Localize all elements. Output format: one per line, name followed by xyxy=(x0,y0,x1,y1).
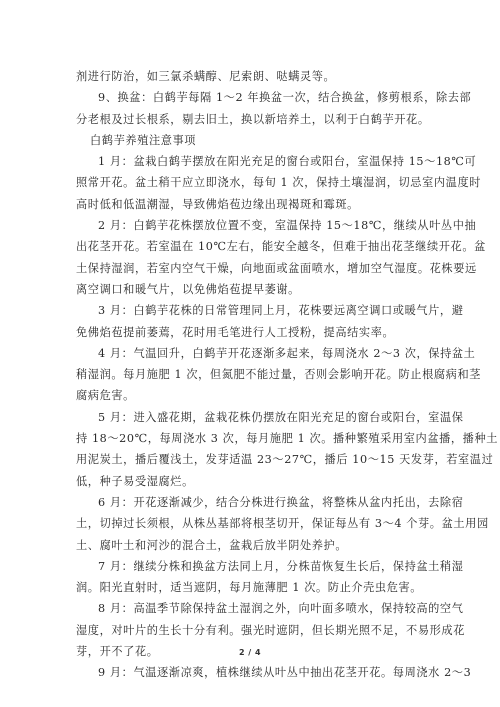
month-1-paragraph: 1 月：盆栽白鹤芋摆放在阳光充足的窗台或阳台，室温保持 15～18℃可 照常开花… xyxy=(76,151,430,215)
page-number: 2 / 4 xyxy=(0,648,500,657)
paragraph-line: 润。阳光直射时，适当遮阴，每月施薄肥 1 次。防止介壳虫危害。 xyxy=(76,577,430,598)
paragraph-line: 3 月：白鹤芋花株的日常管理同上月，花株要远离空调口或暖气片，避 xyxy=(76,300,430,321)
paragraph-line: 湿度，对叶片的生长十分有利。强光时遮阴，但长期光照不足，不易形成花 xyxy=(76,620,430,641)
month-5-paragraph: 5 月：进入盛花期，盆栽花株仍摆放在阳光充足的窗台或阳台，室温保 持 18～20… xyxy=(76,407,430,492)
paragraph-line: 1 月：盆栽白鹤芋摆放在阳光充足的窗台或阳台，室温保持 15～18℃可 xyxy=(76,151,430,172)
paragraph-line: 7 月：继续分株和换盆方法同上月，分株苗恢复生长后，保持盆土稍湿 xyxy=(76,556,430,577)
month-7-paragraph: 7 月：继续分株和换盆方法同上月，分株苗恢复生长后，保持盆土稍湿 润。阳光直射时… xyxy=(76,556,430,599)
month-2-paragraph: 2 月：白鹤芋花株摆放位置不变，室温保持 15～18℃，继续从叶丛中抽 出花茎开… xyxy=(76,215,430,300)
paragraph-line: 用泥炭土，播后覆浅土，发芽适温 23～27℃，播后 10～15 天发芽，若室温过 xyxy=(76,449,430,470)
paragraph-line: 9 月：气温逐渐凉爽，植株继续从叶丛中抽出花茎开花。每周浇水 2～3 xyxy=(76,662,430,683)
document-page: 剂进行防治，如三氯杀螨醇、尼索朗、哒螨灵等。 9、换盆：白鹤芋每隔 1～2 年换… xyxy=(76,66,430,684)
paragraph-line: 土、腐叶土和河沙的混合土，盆栽后放半阴处养护。 xyxy=(76,535,430,556)
paragraph-line: 6 月：开花逐渐减少，结合分株进行换盆，将整株从盆内托出，去除宿 xyxy=(76,492,430,513)
paragraph-line: 8 月：高温季节除保持盆土湿润之外，向叶面多喷水，保持较高的空气 xyxy=(76,598,430,619)
month-3-paragraph: 3 月：白鹤芋花株的日常管理同上月，花株要远离空调口或暖气片，避 免佛焰苞提前萎… xyxy=(76,300,430,343)
paragraph-line: 5 月：进入盛花期，盆栽花株仍摆放在阳光充足的窗台或阳台，室温保 xyxy=(76,407,430,428)
item-9-paragraph: 9、换盆：白鹤芋每隔 1～2 年换盆一次，结合换盆，修剪根系，除去部 分老根及过… xyxy=(76,87,430,130)
paragraph-line: 腐病危害。 xyxy=(76,385,430,406)
paragraph-line: 出花茎开花。若室温在 10℃左右，能安全越冬，但难于抽出花茎继续开花。盆 xyxy=(76,236,430,257)
paragraph-line: 土保持湿润，若室内空气干燥，向地面或盆面喷水，增加空气湿度。花株要远 xyxy=(76,258,430,279)
paragraph-line: 照常开花。盆土稍干应立即浇水，每旬 1 次，保持土壤湿润，切忌室内温度时 xyxy=(76,172,430,193)
paragraph-line: 土，切掉过长须根，从株丛基部将根茎切开，保证每丛有 3～4 个芽。盆土用园 xyxy=(76,513,430,534)
paragraph-line: 免佛焰苞提前萎蔫，花时用毛笔进行人工授粉，提高结实率。 xyxy=(76,322,430,343)
paragraph-line: 分老根及过长根系，剔去旧土，换以新培养土，以利于白鹤芋开花。 xyxy=(76,109,430,130)
month-6-paragraph: 6 月：开花逐渐减少，结合分株进行换盆，将整株从盆内托出，去除宿 土，切掉过长须… xyxy=(76,492,430,556)
paragraph-line: 9、换盆：白鹤芋每隔 1～2 年换盆一次，结合换盆，修剪根系，除去部 xyxy=(76,87,430,108)
paragraph-line: 高时低和低温潮湿，导致佛焰苞边缘出现褐斑和霉斑。 xyxy=(76,194,430,215)
paragraph-line: 持 18～20℃，每周浇水 3 次，每月施肥 1 次。播种繁殖采用室内盆播，播种… xyxy=(76,428,430,449)
month-9-paragraph: 9 月：气温逐渐凉爽，植株继续从叶丛中抽出花茎开花。每周浇水 2～3 xyxy=(76,662,430,683)
paragraph-line: 4 月：气温回升，白鹤芋开花逐渐多起来，每周浇水 2～3 次，保持盆土 xyxy=(76,343,430,364)
paragraph-line: 低，种子易受湿腐烂。 xyxy=(76,471,430,492)
section-title: 白鹤芋养殖注意事项 xyxy=(76,130,430,151)
paragraph-line: 稍湿润。每月施肥 1 次，但氮肥不能过量，否则会影响开花。防止根腐病和茎 xyxy=(76,364,430,385)
month-4-paragraph: 4 月：气温回升，白鹤芋开花逐渐多起来，每周浇水 2～3 次，保持盆土 稍湿润。… xyxy=(76,343,430,407)
paragraph-line: 离空调口和暖气片，以免佛焰苞提早萎谢。 xyxy=(76,279,430,300)
paragraph-line: 2 月：白鹤芋花株摆放位置不变，室温保持 15～18℃，继续从叶丛中抽 xyxy=(76,215,430,236)
continuation-line: 剂进行防治，如三氯杀螨醇、尼索朗、哒螨灵等。 xyxy=(76,66,430,87)
